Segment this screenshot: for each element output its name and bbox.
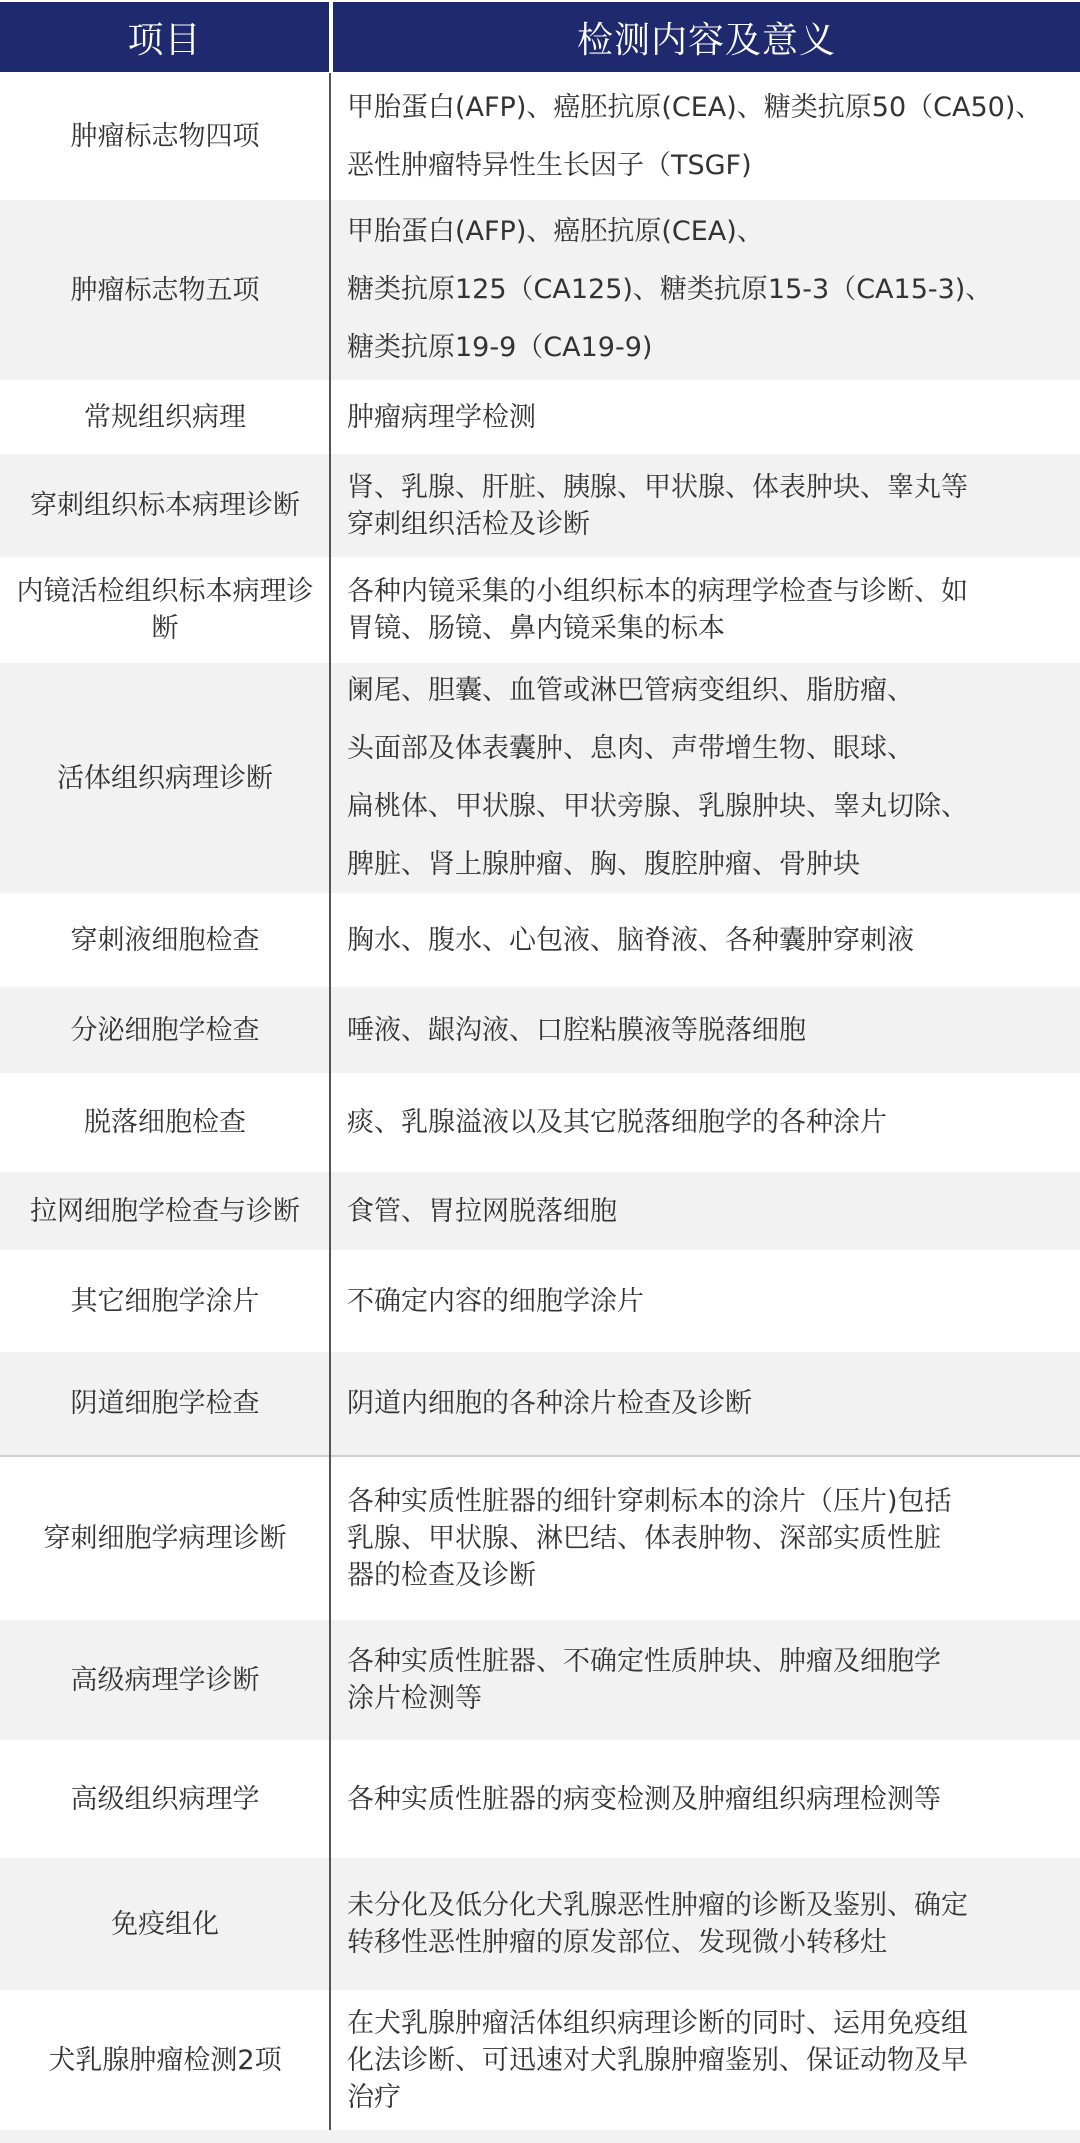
item-description: 唾液、龈沟液、口腔粘膜液等脱落细胞 xyxy=(331,987,1080,1073)
table-row: 穿刺细胞学病理诊断 各种实质性脏器的细针穿刺标本的涂片（压片)包括 乳腺、甲状腺… xyxy=(0,1457,1080,1620)
table-row: 高级病理学诊断 各种实质性脏器、不确定性质肿块、肿瘤及细胞学 涂片检测等 xyxy=(0,1620,1080,1740)
column-divider xyxy=(329,73,331,2130)
table-row: 免疫组化 未分化及低分化犬乳腺恶性肿瘤的诊断及鉴别、确定 转移性恶性肿瘤的原发部… xyxy=(0,1858,1080,1990)
item-description: 未分化及低分化犬乳腺恶性肿瘤的诊断及鉴别、确定 转移性恶性肿瘤的原发部位、发现微… xyxy=(331,1858,1080,1990)
table-header: 项目 检测内容及意义 xyxy=(0,0,1080,73)
item-description: 痰、乳腺溢液以及其它脱落细胞学的各种涂片 xyxy=(331,1073,1080,1172)
item-description: 不确定内容的细胞学涂片 xyxy=(331,1250,1080,1352)
item-name: 穿刺细胞学病理诊断 xyxy=(0,1457,330,1620)
item-description: 阴道内细胞的各种涂片检查及诊断 xyxy=(331,1352,1080,1455)
table-row: 穿刺液细胞检查 胸水、腹水、心包液、脑脊液、各种囊肿穿刺液 xyxy=(0,893,1080,987)
item-name: 肿瘤标志物四项 xyxy=(0,73,330,200)
table-row: 肿瘤标志物五项 甲胎蛋白(AFP)、癌胚抗原(CEA)、 糖类抗原125（CA1… xyxy=(0,200,1080,380)
item-name: 犬乳腺肿瘤检测2项 xyxy=(0,1990,330,2130)
table-row: 其它细胞学涂片 不确定内容的细胞学涂片 xyxy=(0,1250,1080,1352)
item-name: 脱落细胞检查 xyxy=(0,1073,330,1172)
item-description: 各种实质性脏器的病变检测及肿瘤组织病理检测等 xyxy=(331,1740,1080,1858)
item-description: 各种内镜采集的小组织标本的病理学检查与诊断、如 胃镜、肠镜、鼻内镜采集的标本 xyxy=(331,557,1080,663)
table-row: 脱落细胞检查 痰、乳腺溢液以及其它脱落细胞学的各种涂片 xyxy=(0,1073,1080,1172)
item-description: 在犬乳腺肿瘤活体组织病理诊断的同时、运用免疫组 化法诊断、可迅速对犬乳腺肿瘤鉴别… xyxy=(331,1990,1080,2130)
table-row: 阴道细胞学检查 阴道内细胞的各种涂片检查及诊断 xyxy=(0,1352,1080,1455)
item-description: 阑尾、胆囊、血管或淋巴管病变组织、脂肪瘤、 头面部及体表囊肿、息肉、声带增生物、… xyxy=(331,663,1080,893)
header-item: 项目 xyxy=(0,2,329,72)
item-description: 肿瘤病理学检测 xyxy=(331,380,1080,454)
item-description: 甲胎蛋白(AFP)、癌胚抗原(CEA)、 糖类抗原125（CA125)、糖类抗原… xyxy=(331,200,1080,380)
item-description: 各种实质性脏器、不确定性质肿块、肿瘤及细胞学 涂片检测等 xyxy=(331,1620,1080,1740)
item-name: 肿瘤标志物五项 xyxy=(0,200,330,380)
table-row: 内镜活检组织标本病理诊断 各种内镜采集的小组织标本的病理学检查与诊断、如 胃镜、… xyxy=(0,557,1080,663)
item-description: 胸水、腹水、心包液、脑脊液、各种囊肿穿刺液 xyxy=(331,893,1080,987)
item-description: 食管、胃拉网脱落细胞 xyxy=(331,1172,1080,1250)
item-name: 穿刺组织标本病理诊断 xyxy=(0,454,330,557)
table-row: 高级组织病理学 各种实质性脏器的病变检测及肿瘤组织病理检测等 xyxy=(0,1740,1080,1858)
header-content: 检测内容及意义 xyxy=(333,2,1080,72)
item-name: 分泌细胞学检查 xyxy=(0,987,330,1073)
item-name: 常规组织病理 xyxy=(0,380,330,454)
item-description: 各种实质性脏器的细针穿刺标本的涂片（压片)包括 乳腺、甲状腺、淋巴结、体表肿物、… xyxy=(331,1457,1080,1620)
item-name: 其它细胞学涂片 xyxy=(0,1250,330,1352)
table-row: 穿刺组织标本病理诊断 肾、乳腺、肝脏、胰腺、甲状腺、体表肿块、睾丸等 穿刺组织活… xyxy=(0,454,1080,557)
item-description: 肾、乳腺、肝脏、胰腺、甲状腺、体表肿块、睾丸等 穿刺组织活检及诊断 xyxy=(331,454,1080,557)
table-row: 分泌细胞学检查 唾液、龈沟液、口腔粘膜液等脱落细胞 xyxy=(0,987,1080,1073)
table-row: 犬乳腺肿瘤检测2项 在犬乳腺肿瘤活体组织病理诊断的同时、运用免疫组 化法诊断、可… xyxy=(0,1990,1080,2130)
item-description: 甲胎蛋白(AFP)、癌胚抗原(CEA)、糖类抗原50（CA50)、 恶性肿瘤特异… xyxy=(331,73,1080,200)
table-row: 拉网细胞学检查与诊断 食管、胃拉网脱落细胞 xyxy=(0,1172,1080,1250)
item-name: 内镜活检组织标本病理诊断 xyxy=(0,557,330,663)
item-name: 拉网细胞学检查与诊断 xyxy=(0,1172,330,1250)
table-row: 常规组织病理 肿瘤病理学检测 xyxy=(0,380,1080,454)
item-name: 穿刺液细胞检查 xyxy=(0,893,330,987)
item-name: 活体组织病理诊断 xyxy=(0,663,330,893)
table-row: 肿瘤标志物四项 甲胎蛋白(AFP)、癌胚抗原(CEA)、糖类抗原50（CA50)… xyxy=(0,73,1080,200)
item-name: 免疫组化 xyxy=(0,1858,330,1990)
item-name: 阴道细胞学检查 xyxy=(0,1352,330,1455)
item-name: 高级病理学诊断 xyxy=(0,1620,330,1740)
table-row: 活体组织病理诊断 阑尾、胆囊、血管或淋巴管病变组织、脂肪瘤、 头面部及体表囊肿、… xyxy=(0,663,1080,893)
item-name: 高级组织病理学 xyxy=(0,1740,330,1858)
